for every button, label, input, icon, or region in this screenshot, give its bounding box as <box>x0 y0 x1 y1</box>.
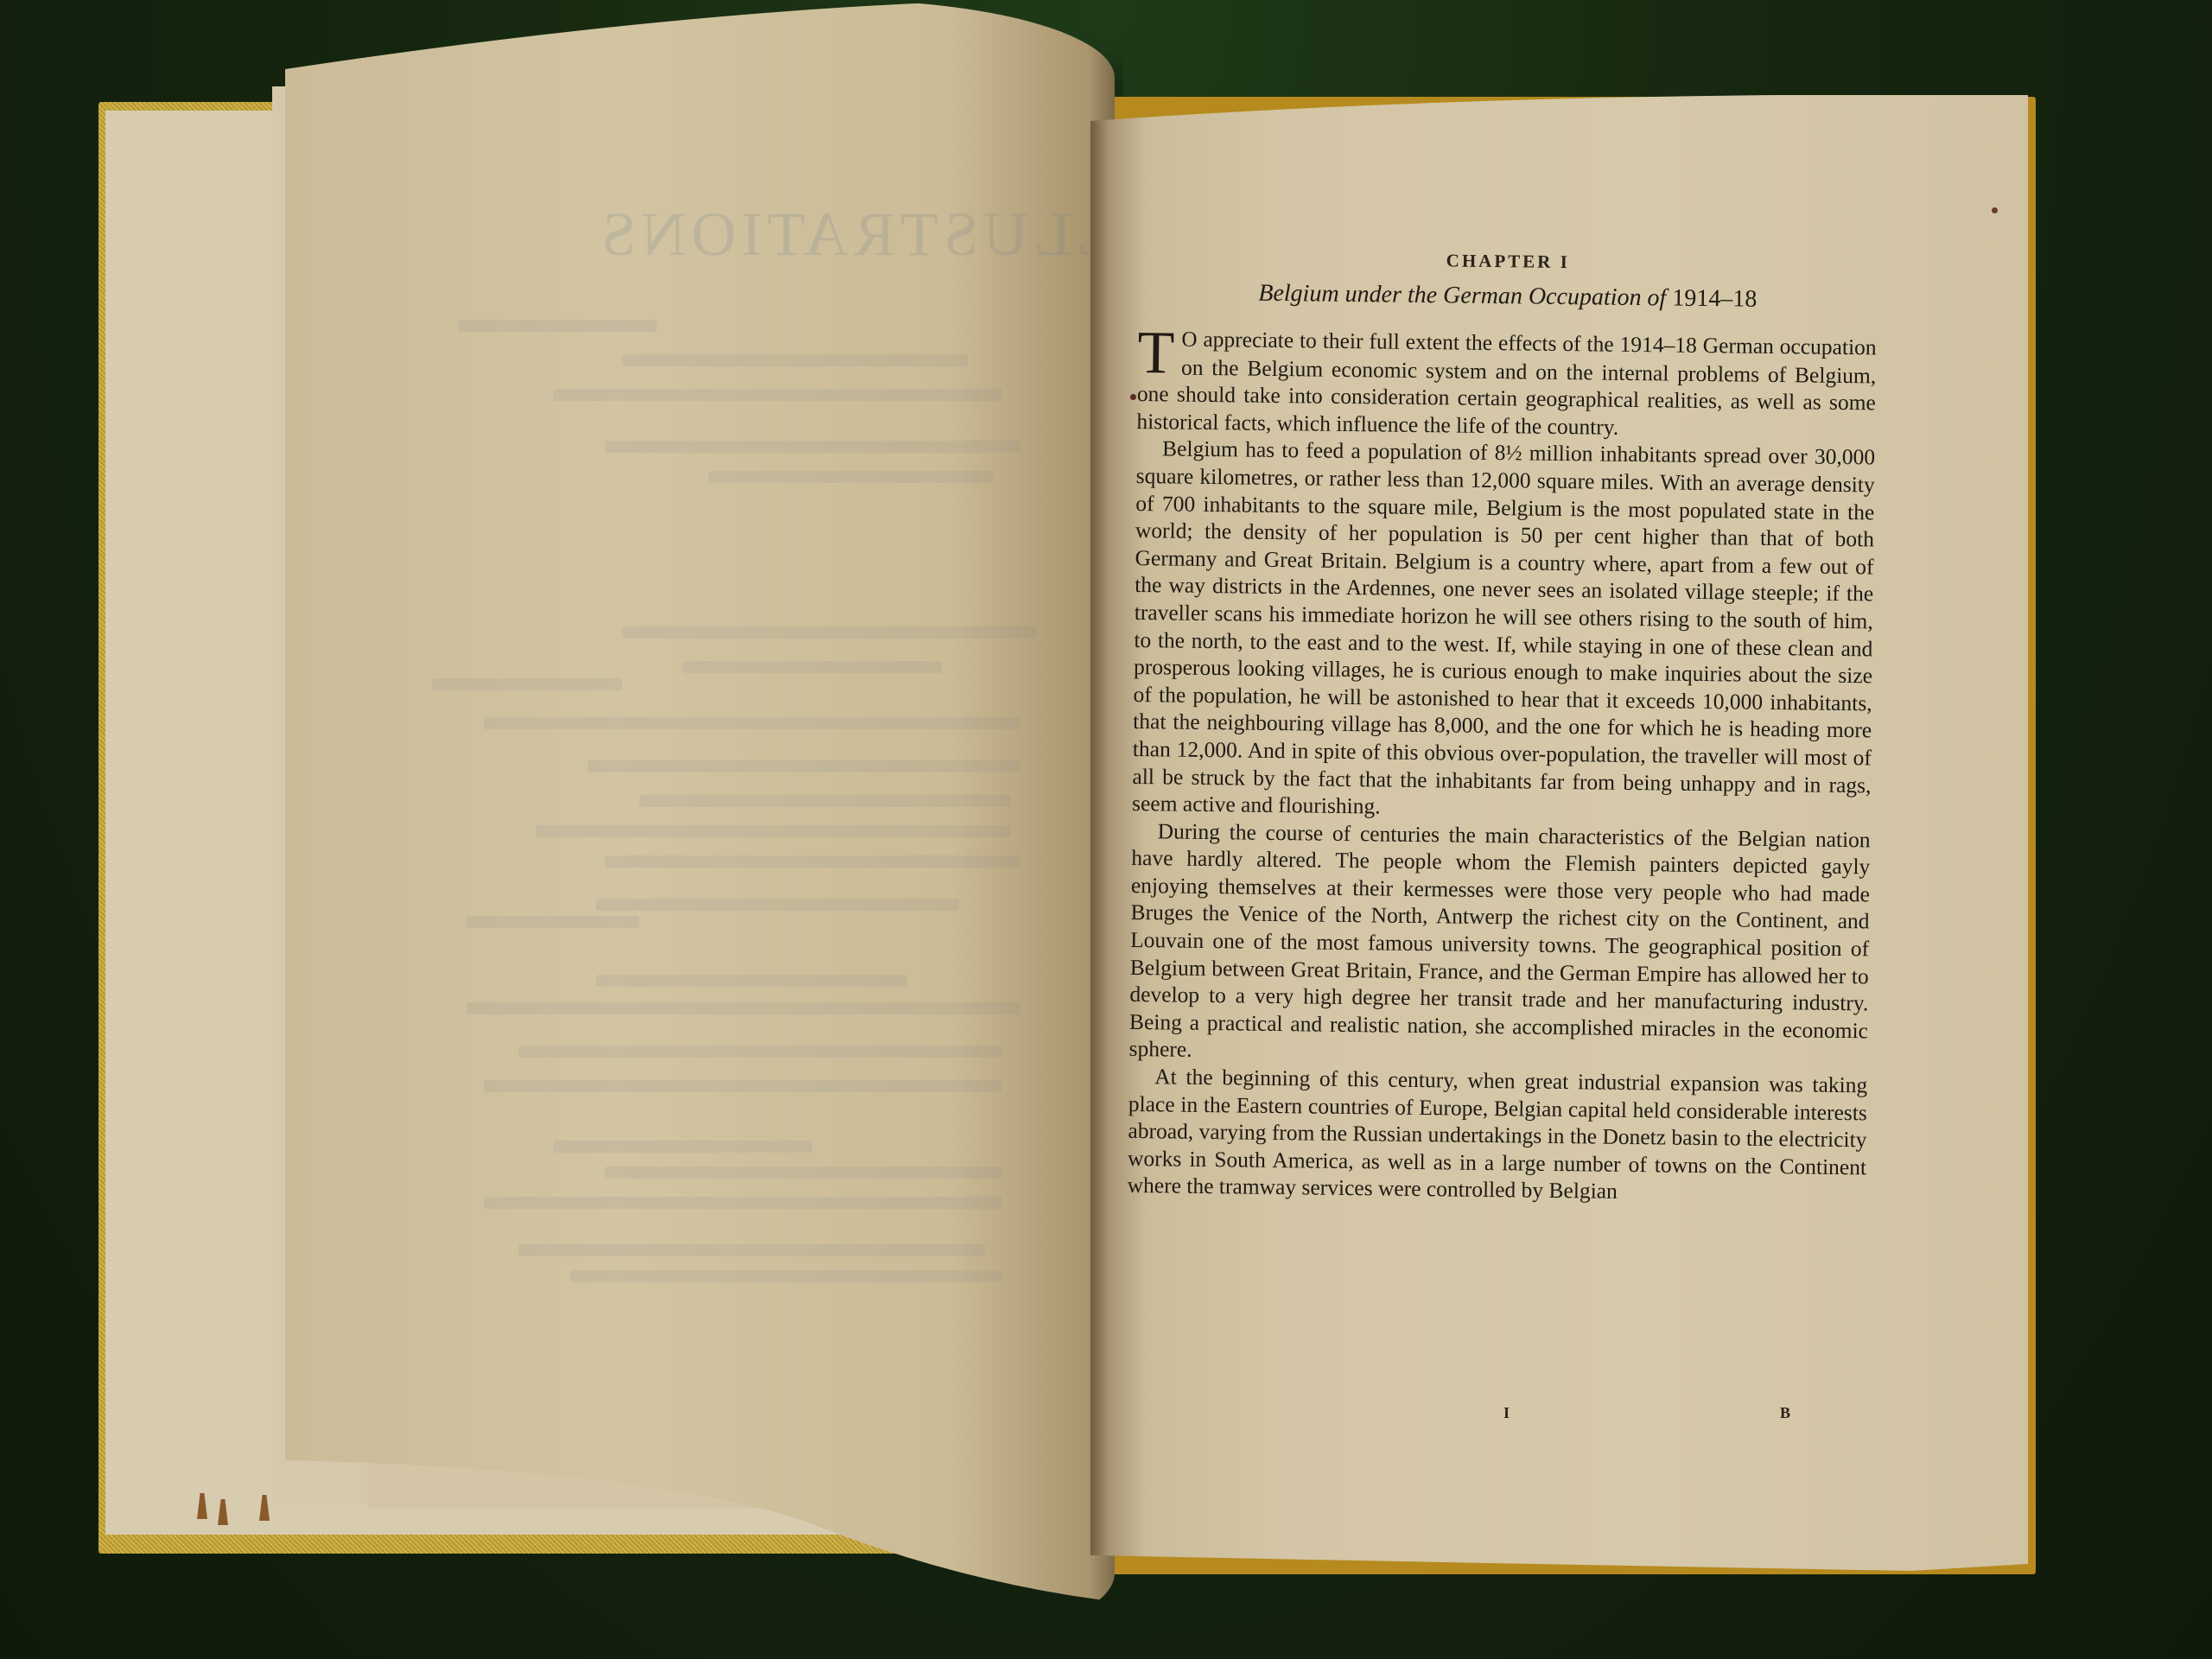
show-through-line <box>596 899 959 911</box>
paragraph-1-text: appreciate to their full extent the effe… <box>1136 327 1876 440</box>
show-through-line <box>432 678 622 690</box>
show-through-line <box>518 1244 985 1256</box>
show-through-line <box>622 354 968 366</box>
chapter-title-years: 1914–18 <box>1672 285 1757 313</box>
show-through-line <box>518 1046 1002 1058</box>
show-through-line <box>458 320 657 332</box>
paragraph-3: During the course of centuries the main … <box>1128 817 1870 1072</box>
ink-speck <box>1130 394 1136 400</box>
paragraph-1: TO appreciate to their full extent the e… <box>1136 325 1876 444</box>
ink-speck <box>1992 207 1998 213</box>
show-through-line <box>683 661 942 673</box>
show-through-line <box>605 855 1020 868</box>
show-through-line <box>622 626 1037 639</box>
show-through-line <box>588 760 1020 772</box>
show-through-line <box>467 916 639 928</box>
show-through-line <box>484 1080 1002 1092</box>
chapter-title: Belgium under the German Occupation of 1… <box>1138 278 1877 315</box>
signature-mark: B <box>1780 1404 1790 1422</box>
show-through-line <box>553 389 1002 401</box>
show-through-line <box>605 1166 1002 1179</box>
show-through-line <box>553 1141 812 1153</box>
show-through-line <box>570 1270 1002 1282</box>
chapter-text-block: CHAPTER I Belgium under the German Occup… <box>1128 246 1878 1208</box>
drop-cap: T <box>1137 328 1174 379</box>
show-through-line <box>467 1002 1020 1014</box>
page-number: I <box>1503 1404 1510 1422</box>
paragraph-4: At the beginning of this century, when g… <box>1128 1063 1868 1208</box>
show-through-line <box>605 441 1020 453</box>
show-through-heading: ILLUSTRATIONS <box>596 199 1141 270</box>
show-through-line <box>536 825 1011 837</box>
show-through-line <box>639 795 1011 807</box>
show-through-line <box>484 1197 1002 1209</box>
first-word-rest: O <box>1181 328 1197 352</box>
chapter-title-text: Belgium under the German Occupation of <box>1258 280 1666 312</box>
paragraph-2: Belgium has to feed a population of 8½ m… <box>1132 435 1875 826</box>
show-through-line <box>596 975 907 987</box>
show-through-line <box>709 471 994 483</box>
show-through-line <box>484 717 1020 729</box>
